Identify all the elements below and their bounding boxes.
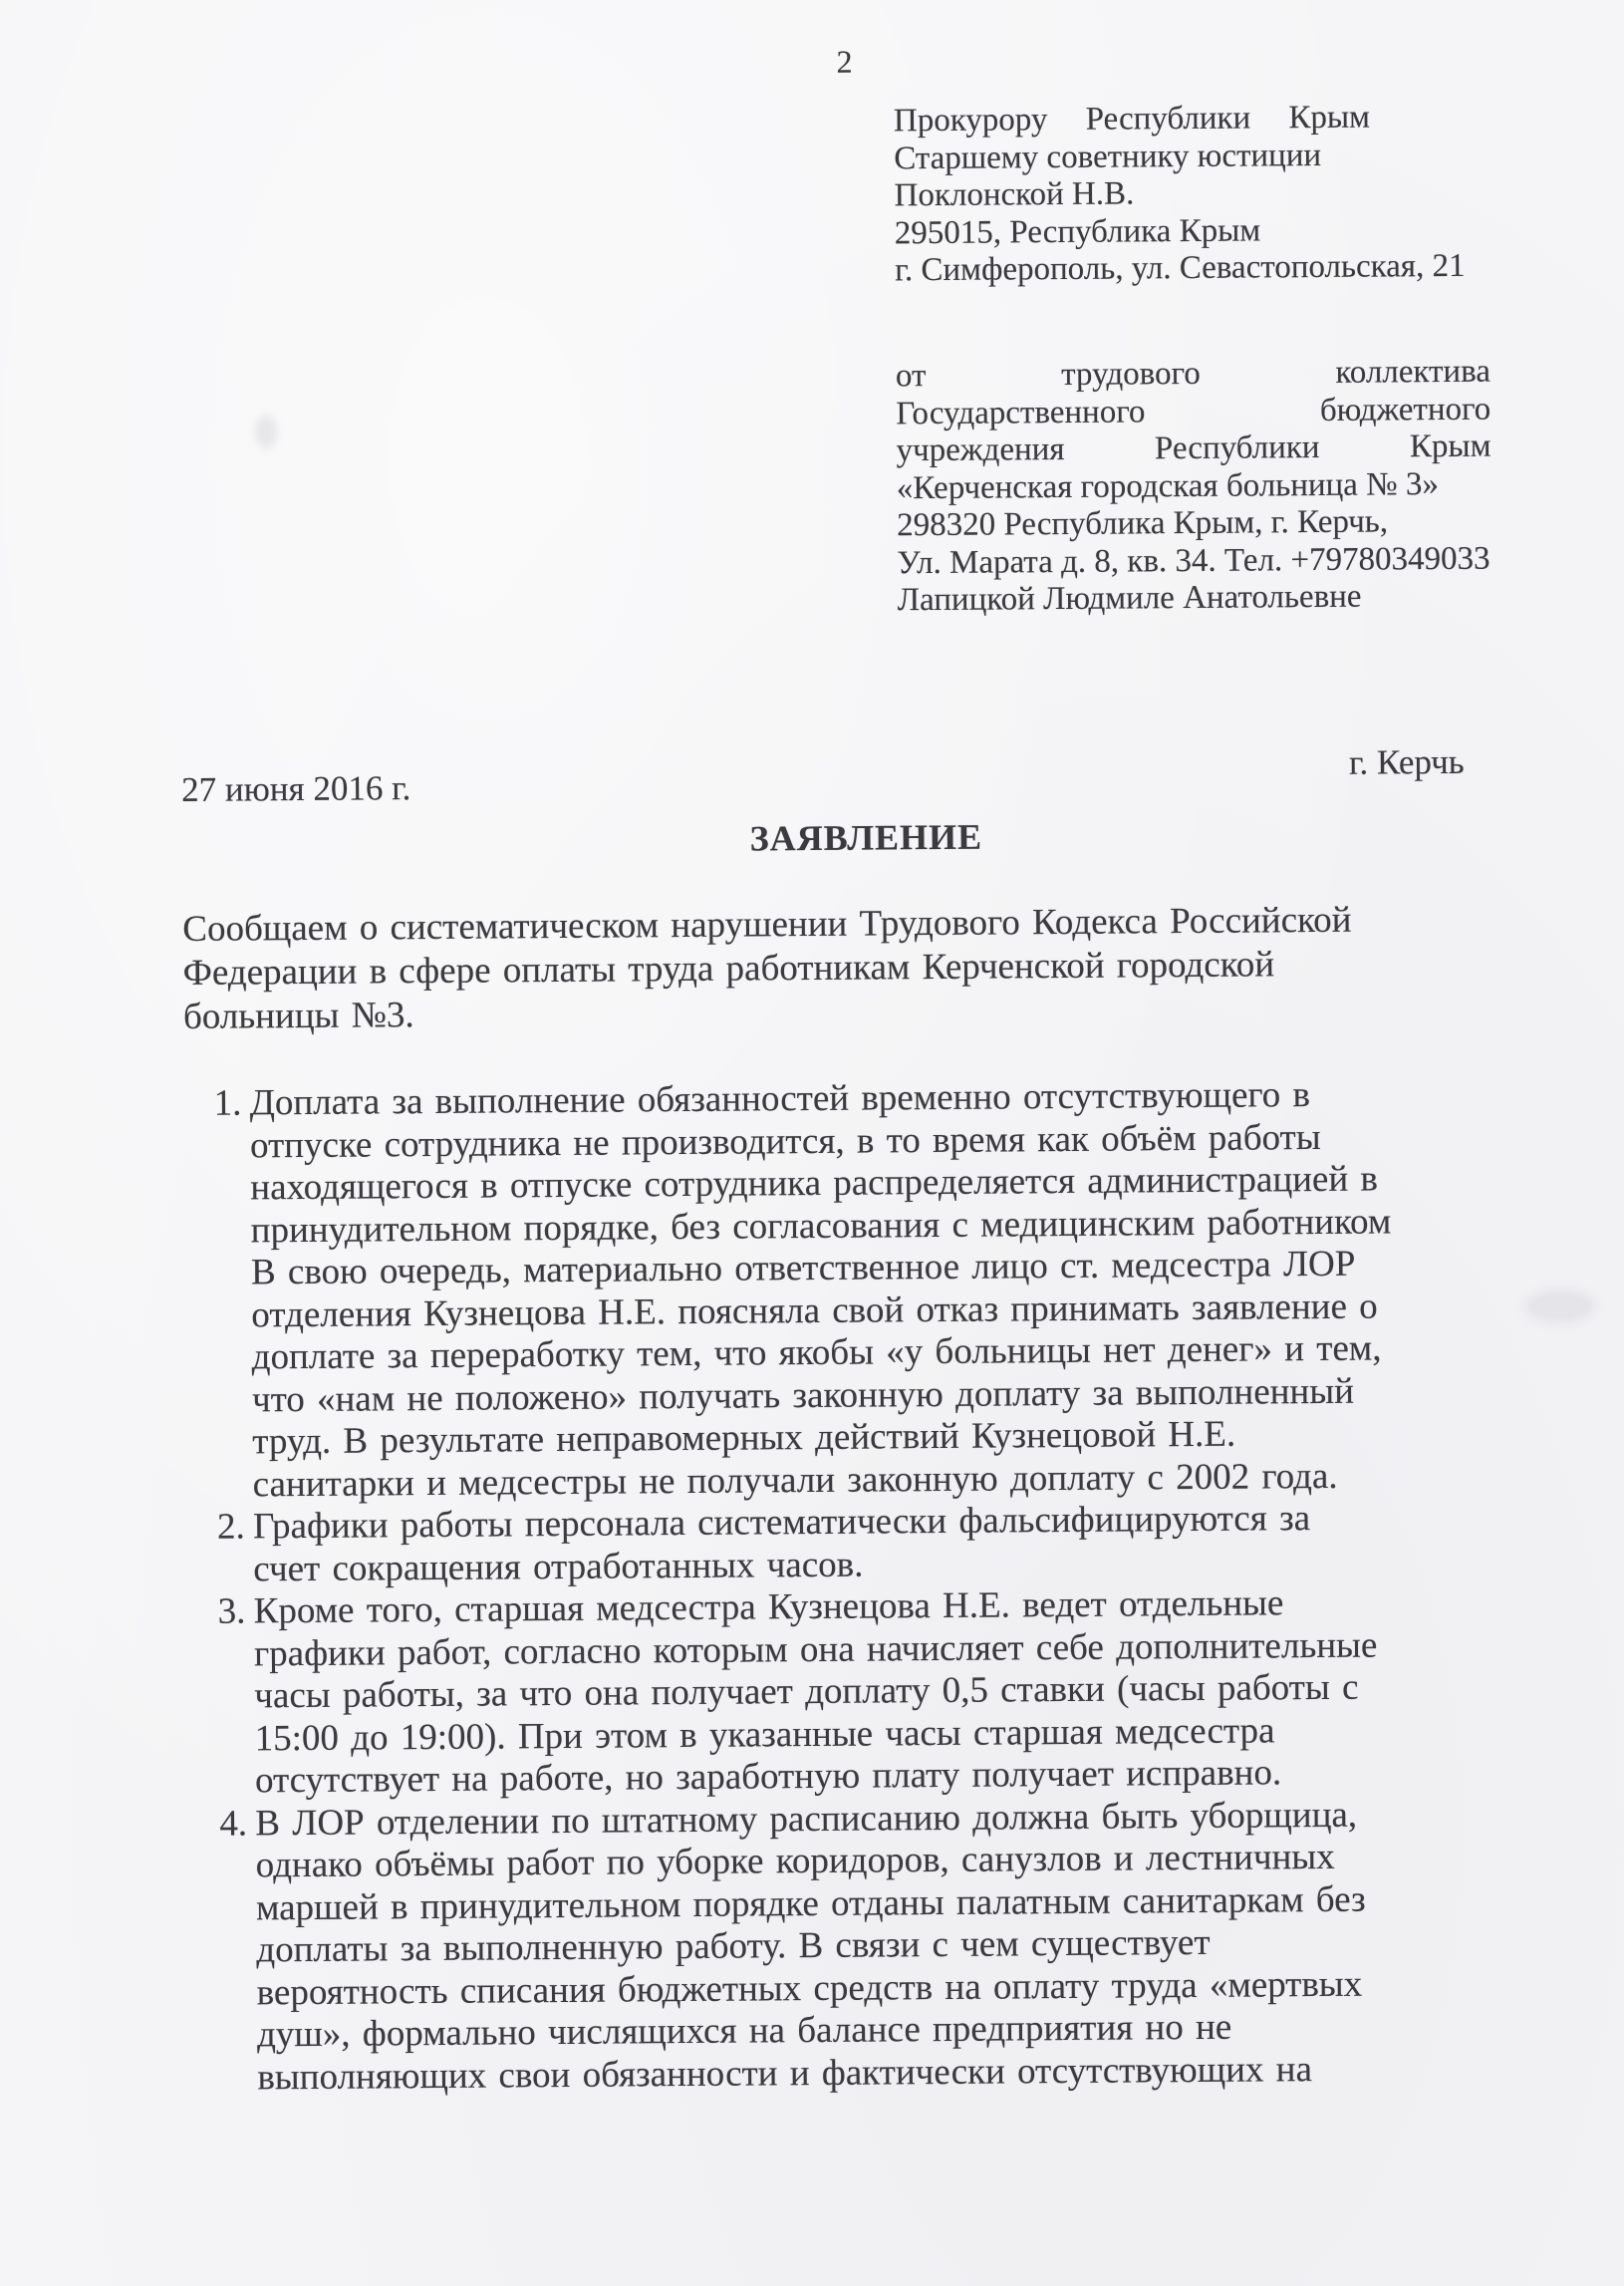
item-text: Кроме того, старшая медсестра Кузнецова … [254,1581,1505,1803]
recipient-block: Прокурору Республики Крым Старшему совет… [894,99,1492,290]
sender-block: от трудового коллективаГосударственного … [896,354,1495,620]
intro-paragraph: Сообщаем о систематическом нарушении Тру… [182,898,1469,1039]
recipient-justified-lines: Прокурору Республики Крым [894,99,1491,141]
scanned-document-page: 2 Прокурору Республики Крым Старшему сов… [0,0,1624,2286]
item-number: 3. [218,1590,246,1633]
item-text: Доплата за выполнение обязанностей време… [250,1073,1502,1507]
item-number: 1. [214,1082,242,1125]
complaint-item-1: 1. Доплата за выполнение обязанностей вр… [214,1073,1502,1507]
complaint-item-2: 2. Графики работы персонала систематичес… [217,1497,1503,1591]
complaint-item-4: 4. В ЛОР отделении по штатному расписани… [219,1793,1506,2100]
item-text: В ЛОР отделении по штатному расписанию д… [255,1793,1506,2099]
document-date: 27 июня 2016 г. [181,768,410,810]
sender-justified-lines: от трудового коллективаГосударственного … [896,354,1494,470]
document-content: 2 Прокурору Республики Крым Старшему сов… [0,0,1624,2286]
page-number: 2 [836,44,852,81]
item-number: 4. [219,1803,247,1846]
scan-smudge-artifact [255,415,277,448]
document-place: г. Керчь [1349,742,1465,783]
recipient-lines: Старшему советнику юстицииПоклонской Н.В… [894,136,1492,290]
item-number: 2. [217,1506,245,1549]
item-text: Графики работы персонала систематически … [253,1497,1503,1591]
complaint-item-3: 3. Кроме того, старшая медсестра Кузнецо… [218,1581,1505,1804]
document-title: ЗАЯВЛЕНИЕ [749,816,982,860]
scan-smudge-artifact [1525,1289,1595,1324]
complaint-list: 1. Доплата за выполнение обязанностей вр… [214,1073,1507,2100]
sender-lines: «Керченская городская больница № 3»29832… [897,465,1495,620]
